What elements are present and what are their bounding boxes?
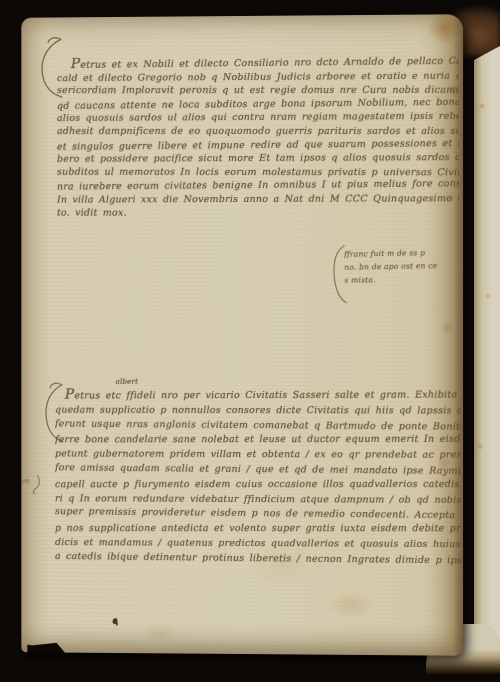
manuscript-line: to. vidit mox. — [57, 206, 459, 220]
margin-mark-flourish — [29, 473, 41, 495]
manuscript-line: ferre bone candelarie sane nolebat et le… — [55, 433, 461, 449]
margin-note-line: s mista. — [344, 272, 451, 287]
manuscript-line: adhesit dampnificens de eo quoquomodo gu… — [57, 125, 459, 139]
interline-addition: albert — [115, 377, 138, 386]
margin-mark-text: vo — [21, 477, 29, 485]
next-folio-edge — [474, 46, 500, 670]
margin-mark-flourish-stroke — [34, 475, 40, 494]
margin-note-line: no. bn de apo ost en ce — [344, 259, 451, 274]
manuscript-line: In villa Algueri xxx die Novembris anno … — [57, 192, 459, 207]
margin-mark: vo — [21, 473, 41, 495]
manuscript-photo: Petrus et ex Nobili et dilecto Consiliar… — [0, 0, 500, 682]
paragraph-supplication: Petrus etc ffideli nro per vicario Civit… — [55, 387, 461, 568]
bottom-left-tear — [27, 638, 65, 652]
manuscript-line: p nos supplicatione antedicta et volento… — [55, 522, 461, 537]
manuscript-line: quedam supplicatio p nonnullos consores … — [55, 403, 461, 419]
manuscript-line: Petrus etc ffideli nro per vicario Civit… — [55, 386, 461, 404]
manuscript-line: fore amissa quadam scalia et grani / que… — [55, 461, 461, 479]
ink-blot — [112, 618, 117, 624]
manuscript-page: Petrus et ex Nobili et dilecto Consiliar… — [21, 14, 463, 656]
paragraph-royal-letter: Petrus et ex Nobili et dilecto Consiliar… — [57, 54, 459, 220]
margin-note: ffranc fuit m de ss p no. bn de apo ost … — [344, 246, 451, 287]
manuscript-line: capell aucte p fiurymento eisdem cuius o… — [55, 478, 461, 493]
